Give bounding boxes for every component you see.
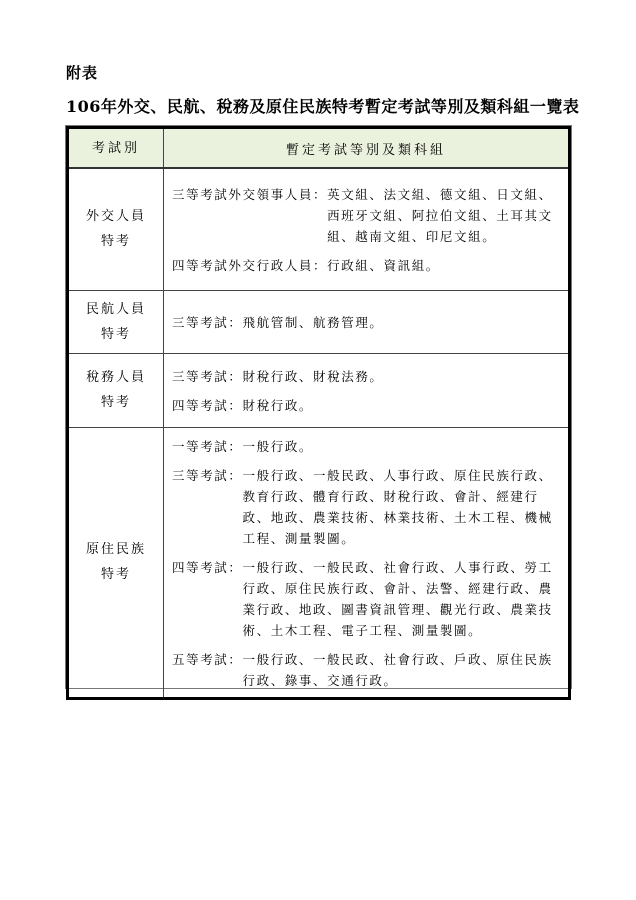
category-line: 稅務人員 bbox=[70, 365, 162, 390]
category-line: 原住民族 bbox=[70, 537, 162, 562]
annex-label: 附表 bbox=[66, 62, 98, 83]
table-header-row: 考試別 暫定考試等別及類科組 bbox=[68, 128, 570, 169]
exam-level: 三等考試： bbox=[172, 465, 243, 486]
category-line: 民航人員 bbox=[70, 297, 162, 322]
category-cell: 稅務人員 特考 bbox=[68, 353, 164, 427]
category-cell: 外交人員 特考 bbox=[68, 168, 164, 290]
exam-entry: 三等考試外交領事人員：英文組、法文組、德文組、日文組、西班牙文組、阿拉伯文組、土… bbox=[172, 184, 562, 247]
exam-subjects: 飛航管制、航務管理。 bbox=[243, 312, 562, 333]
category-line: 特考 bbox=[70, 229, 162, 254]
table-row: 民航人員 特考 三等考試：飛航管制、航務管理。 bbox=[68, 290, 570, 353]
header-details: 暫定考試等別及類科組 bbox=[164, 128, 570, 169]
exam-subjects: 一般行政、一般民政、人事行政、原住民族行政、教育行政、體育行政、財稅行政、會計、… bbox=[243, 465, 562, 549]
exam-level: 三等考試： bbox=[172, 312, 243, 333]
exam-level: 三等考試外交領事人員： bbox=[172, 184, 327, 205]
exam-subjects: 一般行政、一般民政、社會行政、人事行政、勞工行政、原住民族行政、會計、法警、經建… bbox=[243, 557, 562, 641]
exam-subjects: 行政組、資訊組。 bbox=[327, 255, 562, 276]
exam-subjects: 財稅行政、財稅法務。 bbox=[243, 366, 562, 387]
exam-entry: 三等考試：飛航管制、航務管理。 bbox=[172, 312, 562, 333]
category-cell: 原住民族 特考 bbox=[68, 427, 164, 698]
table-row: 原住民族 特考 一等考試：一般行政。 三等考試：一般行政、一般民政、人事行政、原… bbox=[68, 427, 570, 698]
exam-entry: 三等考試：財稅行政、財稅法務。 bbox=[172, 366, 562, 387]
exam-entry: 四等考試外交行政人員：行政組、資訊組。 bbox=[172, 255, 562, 276]
exam-subjects: 英文組、法文組、德文組、日文組、西班牙文組、阿拉伯文組、土耳其文組、越南文組、印… bbox=[327, 184, 562, 247]
details-cell: 三等考試：飛航管制、航務管理。 bbox=[164, 290, 570, 353]
exam-subjects: 一般行政。 bbox=[243, 436, 562, 457]
category-line: 特考 bbox=[70, 562, 162, 587]
category-line: 外交人員 bbox=[70, 204, 162, 229]
category-line: 特考 bbox=[70, 322, 162, 347]
exam-level: 四等考試： bbox=[172, 557, 243, 578]
exam-level: 一等考試： bbox=[172, 436, 243, 457]
header-category: 考試別 bbox=[68, 128, 164, 169]
details-cell: 一等考試：一般行政。 三等考試：一般行政、一般民政、人事行政、原住民族行政、教育… bbox=[164, 427, 570, 698]
exam-table: 考試別 暫定考試等別及類科組 外交人員 特考 三等考試外交領事人員：英文組、法文… bbox=[66, 126, 571, 700]
table-row: 稅務人員 特考 三等考試：財稅行政、財稅法務。 四等考試：財稅行政。 bbox=[68, 353, 570, 427]
exam-entry: 三等考試：一般行政、一般民政、人事行政、原住民族行政、教育行政、體育行政、財稅行… bbox=[172, 465, 562, 549]
exam-entry: 一等考試：一般行政。 bbox=[172, 436, 562, 457]
exam-entry: 五等考試：一般行政、一般民政、社會行政、戶政、原住民族行政、錄事、交通行政。 bbox=[172, 649, 562, 691]
exam-entry: 四等考試：財稅行政。 bbox=[172, 395, 562, 416]
exam-subjects: 一般行政、一般民政、社會行政、戶政、原住民族行政、錄事、交通行政。 bbox=[243, 649, 562, 691]
exam-level: 五等考試： bbox=[172, 649, 243, 670]
category-line: 特考 bbox=[70, 390, 162, 415]
exam-level: 四等考試： bbox=[172, 395, 243, 416]
document-title: 106年外交、民航、稅務及原住民族特考暫定考試等別及類科組一覽表 bbox=[66, 94, 579, 117]
category-cell: 民航人員 特考 bbox=[68, 290, 164, 353]
exam-entry: 四等考試：一般行政、一般民政、社會行政、人事行政、勞工行政、原住民族行政、會計、… bbox=[172, 557, 562, 641]
exam-level: 四等考試外交行政人員： bbox=[172, 255, 327, 276]
exam-table-frame: 考試別 暫定考試等別及類科組 外交人員 特考 三等考試外交領事人員：英文組、法文… bbox=[65, 125, 572, 689]
details-cell: 三等考試：財稅行政、財稅法務。 四等考試：財稅行政。 bbox=[164, 353, 570, 427]
table-row: 外交人員 特考 三等考試外交領事人員：英文組、法文組、德文組、日文組、西班牙文組… bbox=[68, 168, 570, 290]
exam-level: 三等考試： bbox=[172, 366, 243, 387]
details-cell: 三等考試外交領事人員：英文組、法文組、德文組、日文組、西班牙文組、阿拉伯文組、土… bbox=[164, 168, 570, 290]
exam-subjects: 財稅行政。 bbox=[243, 395, 562, 416]
